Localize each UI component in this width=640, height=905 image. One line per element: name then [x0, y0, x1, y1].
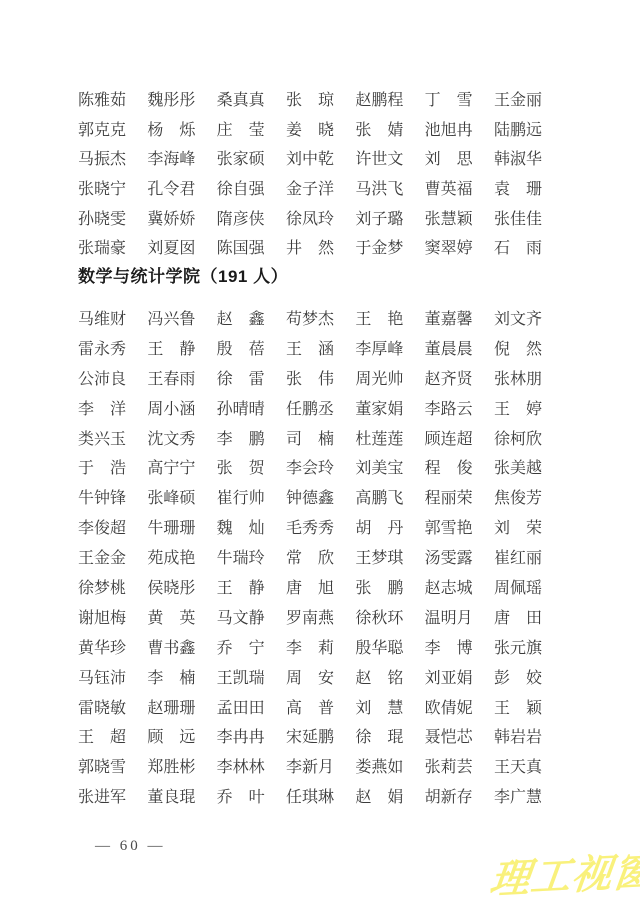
person-name: 王金丽: [494, 87, 542, 110]
person-name: 张峰硕: [147, 485, 195, 508]
person-name: 郑胜彬: [147, 754, 195, 777]
person-name: 孟田田: [217, 695, 265, 718]
person-name: 董嘉馨: [425, 306, 473, 329]
person-name: 彭 姣: [494, 665, 542, 688]
person-name: 郭晓雪: [78, 754, 126, 777]
person-name: 孙晴晴: [217, 396, 265, 419]
person-name: 李广慧: [494, 784, 542, 807]
person-name: 赵鹏程: [355, 87, 403, 110]
person-name: 牛珊珊: [147, 515, 195, 538]
person-name: 欧倩妮: [425, 695, 473, 718]
page-number: — 60 —: [95, 838, 166, 855]
name-row: 马维财冯兴鲁赵 鑫苟梦杰王 艳董嘉馨刘文齐: [78, 303, 542, 333]
person-name: 公沛良: [78, 366, 126, 389]
person-name: 程丽荣: [425, 485, 473, 508]
person-name: 胡新存: [425, 784, 473, 807]
person-name: 马文静: [217, 605, 265, 628]
person-name: 王 静: [147, 336, 195, 359]
person-name: 牛钟锋: [78, 485, 126, 508]
person-name: 张 贺: [217, 455, 265, 478]
person-name: 殷华聪: [355, 635, 403, 658]
person-name: 高 普: [286, 695, 334, 718]
name-row: 王 超顾 远李冉冉宋延鹏徐 琨聂恺芯韩岩岩: [78, 721, 542, 751]
person-name: 袁 珊: [494, 176, 542, 199]
person-name: 庄 莹: [217, 117, 265, 140]
name-row: 徐梦桃侯晓彤王 静唐 旭张 鹏赵志城周佩瑶: [78, 572, 542, 602]
person-name: 刘 思: [425, 146, 473, 169]
person-name: 王天真: [494, 754, 542, 777]
person-name: 沈文秀: [147, 426, 195, 449]
person-name: 赵齐贤: [425, 366, 473, 389]
person-name: 王 静: [217, 575, 265, 598]
person-name: 王 超: [78, 724, 126, 747]
person-name: 张元旗: [494, 635, 542, 658]
name-row: 黄华珍曹书鑫乔 宁李 莉殷华聪李 博张元旗: [78, 631, 542, 661]
person-name: 窦翠婷: [425, 235, 473, 258]
person-name: 唐 田: [494, 605, 542, 628]
person-name: 李冉冉: [217, 724, 265, 747]
person-name: 陈雅茹: [78, 87, 126, 110]
person-name: 毛秀秀: [286, 515, 334, 538]
person-name: 黄 英: [147, 605, 195, 628]
person-name: 魏彤彤: [147, 87, 195, 110]
person-name: 类兴玉: [78, 426, 126, 449]
person-name: 徐 雷: [217, 366, 265, 389]
person-name: 倪 然: [494, 336, 542, 359]
person-name: 张慧颖: [425, 206, 473, 229]
person-name: 苑成艳: [147, 545, 195, 568]
person-name: 周 安: [286, 665, 334, 688]
person-name: 乔 宁: [217, 635, 265, 658]
person-name: 李 楠: [147, 665, 195, 688]
person-name: 刘美宝: [355, 455, 403, 478]
person-name: 池旭冉: [425, 117, 473, 140]
name-row: 谢旭梅黄 英马文静罗南燕徐秋环温明月唐 田: [78, 601, 542, 631]
person-name: 刘子璐: [355, 206, 403, 229]
person-name: 隋彦侠: [217, 206, 265, 229]
person-name: 井 然: [286, 235, 334, 258]
person-name: 陆鹏远: [494, 117, 542, 140]
person-name: 孙晓雯: [78, 206, 126, 229]
person-name: 王 涵: [286, 336, 334, 359]
person-name: 马洪飞: [355, 176, 403, 199]
person-name: 李 莉: [286, 635, 334, 658]
document-page: 陈雅茹魏彤彤桑真真张 琼赵鹏程丁 雪王金丽郭克克杨 烁庄 莹姜 晓张 婧池旭冉陆…: [0, 0, 640, 905]
person-name: 李俊超: [78, 515, 126, 538]
person-name: 李会玲: [286, 455, 334, 478]
person-name: 张佳佳: [494, 206, 542, 229]
person-name: 徐凤玲: [286, 206, 334, 229]
person-name: 周佩瑶: [494, 575, 542, 598]
person-name: 孔令君: [147, 176, 195, 199]
person-name: 王金金: [78, 545, 126, 568]
person-name: 苟梦杰: [286, 306, 334, 329]
person-name: 马振杰: [78, 146, 126, 169]
person-name: 司 楠: [286, 426, 334, 449]
page-content: 陈雅茹魏彤彤桑真真张 琼赵鹏程丁 雪王金丽郭克克杨 烁庄 莹姜 晓张 婧池旭冉陆…: [78, 84, 542, 811]
person-name: 刘文齐: [494, 306, 542, 329]
person-name: 刘夏囡: [147, 235, 195, 258]
person-name: 杨 烁: [147, 117, 195, 140]
name-row: 马钰沛李 楠王凯瑞周 安赵 铭刘亚娟彭 姣: [78, 661, 542, 691]
name-row: 王金金苑成艳牛瑞玲常 欣王梦琪汤雯露崔红丽: [78, 542, 542, 572]
person-name: 周小涵: [147, 396, 195, 419]
person-name: 马维财: [78, 306, 126, 329]
person-name: 曹英福: [425, 176, 473, 199]
person-name: 周光帅: [355, 366, 403, 389]
person-name: 聂恺芯: [425, 724, 473, 747]
person-name: 娄燕如: [355, 754, 403, 777]
person-name: 张 伟: [286, 366, 334, 389]
name-row: 于 浩高宁宁张 贺李会玲刘美宝程 俊张美越: [78, 452, 542, 482]
person-name: 张家硕: [217, 146, 265, 169]
person-name: 刘 荣: [494, 515, 542, 538]
person-name: 任鹏丞: [286, 396, 334, 419]
person-name: 赵 铭: [355, 665, 403, 688]
person-name: 赵 娟: [355, 784, 403, 807]
name-row: 陈雅茹魏彤彤桑真真张 琼赵鹏程丁 雪王金丽: [78, 84, 542, 114]
person-name: 王 艳: [355, 306, 403, 329]
person-name: 高宁宁: [147, 455, 195, 478]
person-name: 雷晓敏: [78, 695, 126, 718]
person-name: 李林林: [217, 754, 265, 777]
person-name: 张晓宁: [78, 176, 126, 199]
name-row: 李 洋周小涵孙晴晴任鹏丞董家娟李路云王 婷: [78, 392, 542, 422]
person-name: 董晨晨: [425, 336, 473, 359]
person-name: 顾 远: [147, 724, 195, 747]
name-row: 郭晓雪郑胜彬李林林李新月娄燕如张莉芸王天真: [78, 751, 542, 781]
section-title: 数学与统计学院（191 人）: [78, 265, 542, 289]
person-name: 马钰沛: [78, 665, 126, 688]
name-row: 牛钟锋张峰硕崔行帅钟德鑫高鹏飞程丽荣焦俊芳: [78, 482, 542, 512]
person-name: 丁 雪: [425, 87, 473, 110]
person-name: 顾连超: [425, 426, 473, 449]
person-name: 张美越: [494, 455, 542, 478]
name-row: 马振杰李海峰张家硕刘中乾许世文刘 思韩淑华: [78, 143, 542, 173]
person-name: 常 欣: [286, 545, 334, 568]
person-name: 赵志城: [425, 575, 473, 598]
person-name: 温明月: [425, 605, 473, 628]
person-name: 姜 晓: [286, 117, 334, 140]
name-row: 类兴玉沈文秀李 鹏司 楠杜莲莲顾连超徐柯欣: [78, 422, 542, 452]
person-name: 于金梦: [355, 235, 403, 258]
person-name: 徐秋环: [355, 605, 403, 628]
person-name: 李 洋: [78, 396, 126, 419]
person-name: 刘中乾: [286, 146, 334, 169]
person-name: 张进军: [78, 784, 126, 807]
name-row: 张瑞豪刘夏囡陈国强井 然于金梦窦翠婷石 雨: [78, 232, 542, 262]
person-name: 罗南燕: [286, 605, 334, 628]
person-name: 赵珊珊: [147, 695, 195, 718]
person-name: 张 琼: [286, 87, 334, 110]
name-row: 张晓宁孔令君徐自强金子洋马洪飞曹英福袁 珊: [78, 173, 542, 203]
person-name: 韩淑华: [494, 146, 542, 169]
person-name: 焦俊芳: [494, 485, 542, 508]
person-name: 杜莲莲: [355, 426, 403, 449]
person-name: 石 雨: [494, 235, 542, 258]
person-name: 桑真真: [217, 87, 265, 110]
watermark-logo: 理工视窗: [487, 839, 640, 905]
person-name: 刘亚娟: [425, 665, 473, 688]
person-name: 雷永秀: [78, 336, 126, 359]
person-name: 冀娇娇: [147, 206, 195, 229]
person-name: 张 鹏: [355, 575, 403, 598]
person-name: 崔行帅: [217, 485, 265, 508]
person-name: 李路云: [425, 396, 473, 419]
name-row: 雷永秀王 静殷 蓓王 涵李厚峰董晨晨倪 然: [78, 332, 542, 362]
name-row: 郭克克杨 烁庄 莹姜 晓张 婧池旭冉陆鹏远: [78, 114, 542, 144]
person-name: 张瑞豪: [78, 235, 126, 258]
name-row: 雷晓敏赵珊珊孟田田高 普刘 慧欧倩妮王 颖: [78, 691, 542, 721]
names-block-continued: 陈雅茹魏彤彤桑真真张 琼赵鹏程丁 雪王金丽郭克克杨 烁庄 莹姜 晓张 婧池旭冉陆…: [78, 84, 542, 262]
person-name: 郭克克: [78, 117, 126, 140]
person-name: 冯兴鲁: [147, 306, 195, 329]
person-name: 唐 旭: [286, 575, 334, 598]
person-name: 曹书鑫: [147, 635, 195, 658]
person-name: 李 博: [425, 635, 473, 658]
person-name: 许世文: [355, 146, 403, 169]
name-row: 孙晓雯冀娇娇隋彦侠徐凤玲刘子璐张慧颖张佳佳: [78, 202, 542, 232]
name-row: 张进军董良琨乔 叶任琪琳赵 娟胡新存李广慧: [78, 781, 542, 811]
person-name: 李新月: [286, 754, 334, 777]
person-name: 赵 鑫: [217, 306, 265, 329]
person-name: 徐柯欣: [494, 426, 542, 449]
person-name: 黄华珍: [78, 635, 126, 658]
person-name: 殷 蓓: [217, 336, 265, 359]
person-name: 宋延鹏: [286, 724, 334, 747]
person-name: 程 俊: [425, 455, 473, 478]
person-name: 任琪琳: [286, 784, 334, 807]
person-name: 王春雨: [147, 366, 195, 389]
person-name: 张林朋: [494, 366, 542, 389]
person-name: 汤雯露: [425, 545, 473, 568]
person-name: 王凯瑞: [217, 665, 265, 688]
person-name: 高鹏飞: [355, 485, 403, 508]
person-name: 牛瑞玲: [217, 545, 265, 568]
person-name: 李海峰: [147, 146, 195, 169]
person-name: 董家娟: [355, 396, 403, 419]
person-name: 徐 琨: [355, 724, 403, 747]
person-name: 徐自强: [217, 176, 265, 199]
person-name: 郭雪艳: [425, 515, 473, 538]
person-name: 李厚峰: [355, 336, 403, 359]
name-row: 李俊超牛珊珊魏 灿毛秀秀胡 丹郭雪艳刘 荣: [78, 512, 542, 542]
person-name: 王 婷: [494, 396, 542, 419]
name-row: 公沛良王春雨徐 雷张 伟周光帅赵齐贤张林朋: [78, 362, 542, 392]
person-name: 王 颖: [494, 695, 542, 718]
names-block-math: 马维财冯兴鲁赵 鑫苟梦杰王 艳董嘉馨刘文齐雷永秀王 静殷 蓓王 涵李厚峰董晨晨倪…: [78, 303, 542, 811]
person-name: 谢旭梅: [78, 605, 126, 628]
person-name: 胡 丹: [355, 515, 403, 538]
person-name: 侯晓彤: [147, 575, 195, 598]
person-name: 乔 叶: [217, 784, 265, 807]
person-name: 董良琨: [147, 784, 195, 807]
person-name: 王梦琪: [355, 545, 403, 568]
person-name: 张莉芸: [425, 754, 473, 777]
person-name: 张 婧: [355, 117, 403, 140]
person-name: 刘 慧: [355, 695, 403, 718]
person-name: 韩岩岩: [494, 724, 542, 747]
person-name: 陈国强: [217, 235, 265, 258]
person-name: 于 浩: [78, 455, 126, 478]
person-name: 崔红丽: [494, 545, 542, 568]
person-name: 钟德鑫: [286, 485, 334, 508]
person-name: 金子洋: [286, 176, 334, 199]
person-name: 徐梦桃: [78, 575, 126, 598]
person-name: 李 鹏: [217, 426, 265, 449]
person-name: 魏 灿: [217, 515, 265, 538]
